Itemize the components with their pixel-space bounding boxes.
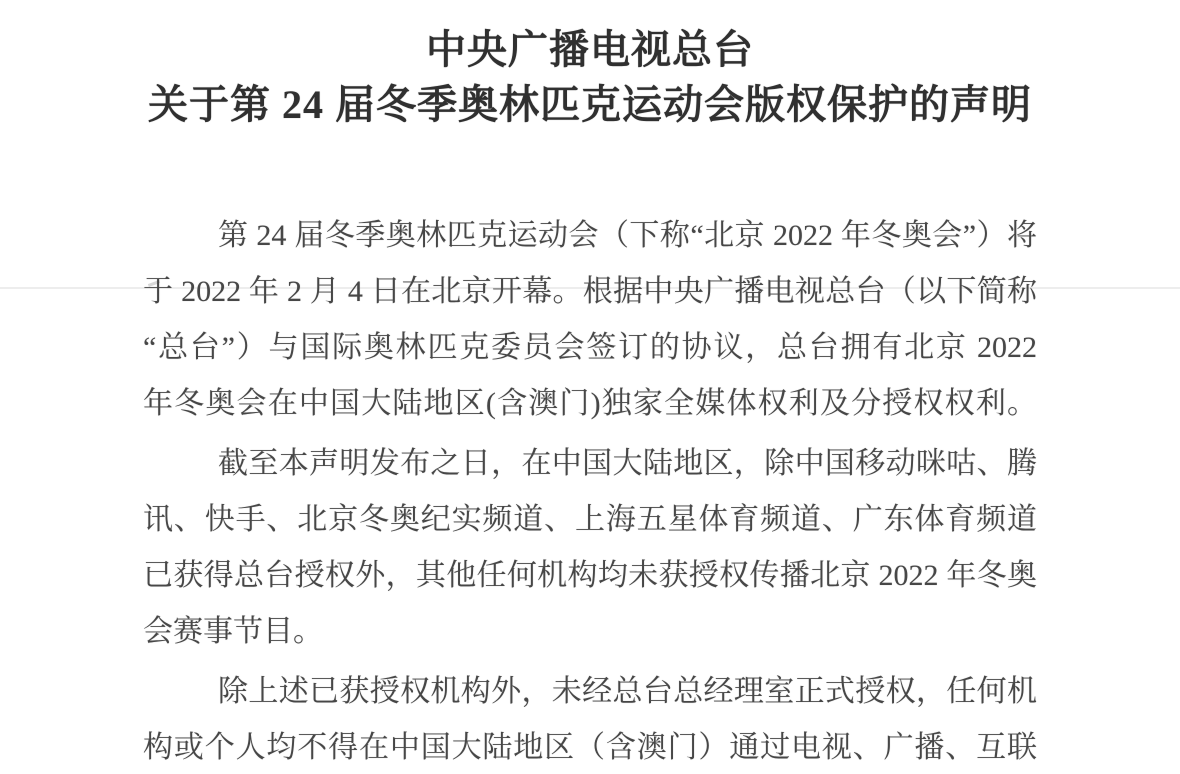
document-title-line2: 关于第 24 届冬季奥林匹克运动会版权保护的声明 <box>0 77 1180 132</box>
body-line: 构或个人均不得在中国大陆地区（含澳门）通过电视、广播、互联 <box>143 720 1037 774</box>
document-title-line1: 中央广播电视总台 <box>0 22 1180 77</box>
body-line: 除上述已获授权机构外，未经总台总经理室正式授权，任何机 <box>143 664 1037 720</box>
body-line: 年冬奥会在中国大陆地区(含澳门)独家全媒体权利及分授权权利。 <box>143 376 1037 432</box>
document-body: 第 24 届冬季奥林匹克运动会（下称“北京 2022 年冬奥会”）将 于 202… <box>143 208 1037 774</box>
body-line: 于 2022 年 2 月 4 日在北京开幕。根据中央广播电视总台（以下简称 <box>143 264 1037 320</box>
paragraph-3: 除上述已获授权机构外，未经总台总经理室正式授权，任何机 构或个人均不得在中国大陆… <box>143 664 1037 774</box>
document-title: 中央广播电视总台 关于第 24 届冬季奥林匹克运动会版权保护的声明 <box>0 0 1180 132</box>
body-line: 截至本声明发布之日，在中国大陆地区，除中国移动咪咕、腾 <box>143 436 1037 492</box>
scanned-document-page: 中央广播电视总台 关于第 24 届冬季奥林匹克运动会版权保护的声明 第 24 届… <box>0 0 1180 774</box>
body-line: “总台”）与国际奥林匹克委员会签订的协议，总台拥有北京 2022 <box>143 320 1037 376</box>
body-line: 讯、快手、北京冬奥纪实频道、上海五星体育频道、广东体育频道 <box>143 492 1037 548</box>
paragraph-2: 截至本声明发布之日，在中国大陆地区，除中国移动咪咕、腾 讯、快手、北京冬奥纪实频… <box>143 436 1037 660</box>
body-line: 已获得总台授权外，其他任何机构均未获授权传播北京 2022 年冬奥 <box>143 548 1037 604</box>
paragraph-1: 第 24 届冬季奥林匹克运动会（下称“北京 2022 年冬奥会”）将 于 202… <box>143 208 1037 432</box>
body-line: 会赛事节目。 <box>143 604 1037 660</box>
body-line: 第 24 届冬季奥林匹克运动会（下称“北京 2022 年冬奥会”）将 <box>143 208 1037 264</box>
